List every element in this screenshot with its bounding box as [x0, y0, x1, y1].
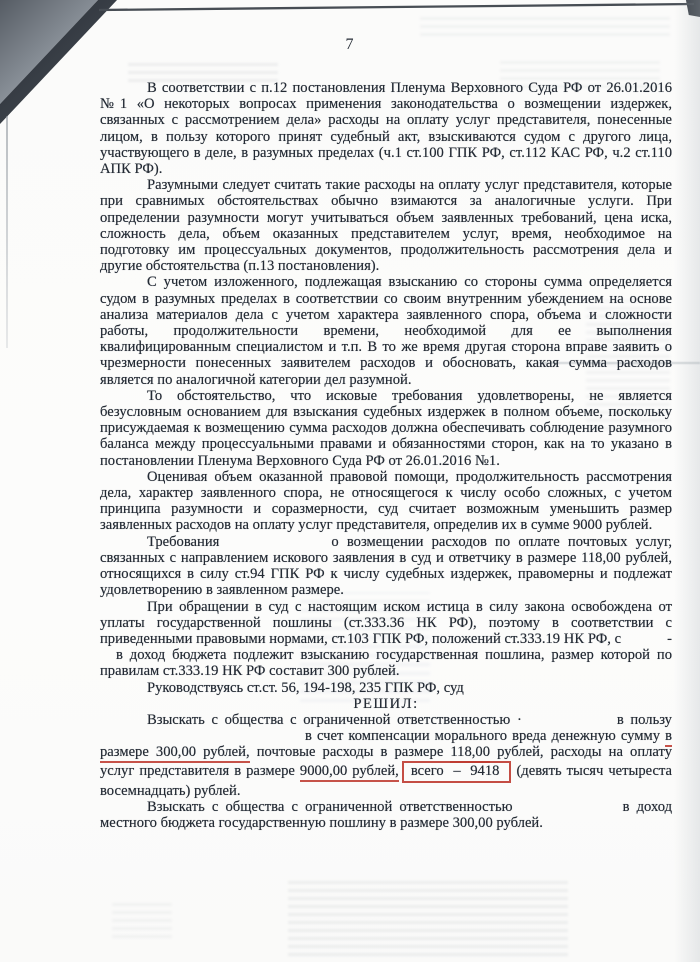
redacted-name-gap: [100, 657, 116, 659]
paragraph-text: почтовые расходы в размере: [250, 744, 451, 760]
paragraph-text: Взыскать с общества с ограниченной ответ…: [147, 712, 522, 728]
paragraph-guided-by-articles: Руководствуясь ст.ст. 56, 194-198, 235 Г…: [100, 680, 672, 696]
red-underlined-amount-9000: 9000,00 рублей,: [300, 763, 399, 782]
left-edge-scan-line: [6, 116, 8, 348]
paragraph-plenum-p12: В соответствии с п.12 постановления Плен…: [100, 80, 672, 177]
document-body: В соответствии с п.12 постановления Плен…: [100, 80, 672, 831]
paragraph-award-recovery: Взыскать с общества с ограниченной ответ…: [100, 712, 672, 799]
paragraph-reasonable-costs: Разумными следует считать такие расходы …: [100, 177, 672, 274]
paragraph-duty-to-budget: Взыскать с общества с ограниченной ответ…: [100, 799, 672, 831]
redacted-name-gap: [219, 544, 331, 546]
paragraph-reduce-to-9000: Оценивая объем оказанной правовой помощи…: [100, 469, 672, 534]
paragraph-court-discretion: С учетом изложенного, подлежащая взыскан…: [100, 274, 672, 387]
redacted-name-gap: [621, 641, 667, 643]
paragraph-full-recovery-not-automatic: То обстоятельство, что исковые требовани…: [100, 388, 672, 469]
ink-bleedthrough: [112, 898, 172, 938]
scanned-court-decision-page: 7 В соответствии с п.12 постановления Пл…: [0, 0, 700, 962]
redacted-name-gap: [100, 738, 305, 740]
paragraph-text: в доход бюджета подлежит взысканию госуд…: [100, 647, 672, 679]
page-number: 7: [0, 36, 700, 54]
ink-bleedthrough: [288, 878, 568, 956]
paragraph-text: Взыскать с общества с ограниченной ответ…: [147, 799, 513, 815]
paragraph-text: в пользу: [617, 712, 672, 728]
red-boxed-total-9418: всего – 9418: [402, 761, 512, 783]
resolution-heading: РЕШИЛ:: [100, 696, 672, 712]
right-edge-shading: [674, 0, 700, 962]
stray-dash-mark: -: [667, 631, 672, 647]
redacted-name-gap: [522, 722, 617, 724]
paragraph-postal-costs: Требованияо возмещении расходов по оплат…: [100, 534, 672, 599]
redacted-name-gap: [513, 809, 623, 811]
paragraph-text: в счет компенсации морального вреда дене…: [305, 728, 665, 744]
paragraph-text: При обращении в суд с настоящим иском ис…: [100, 599, 672, 647]
paragraph-state-duty: При обращении в суд с настоящим иском ис…: [100, 599, 672, 680]
ink-bleedthrough: [128, 58, 278, 82]
ink-bleedthrough: [420, 12, 670, 36]
paragraph-text: Требования: [147, 534, 219, 550]
